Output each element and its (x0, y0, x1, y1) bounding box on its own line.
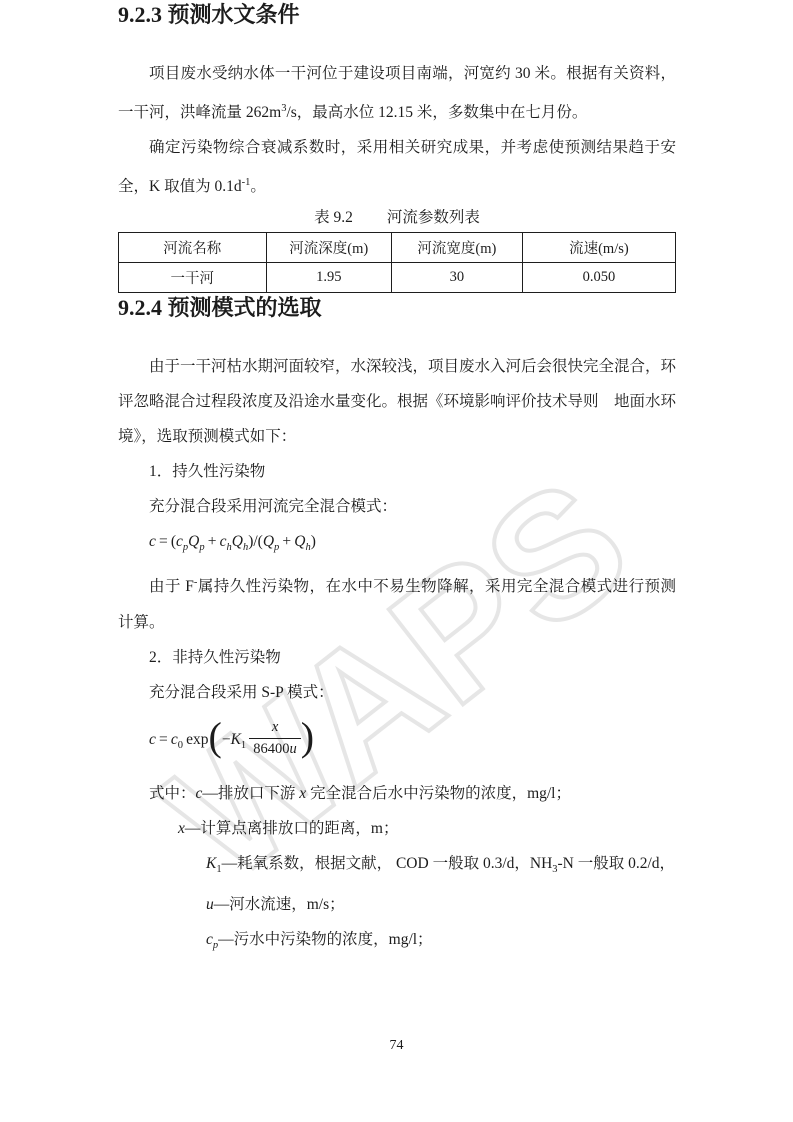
list-item-persistent-desc: 充分混合段采用河流完全混合模式： (118, 489, 676, 524)
table-cell: 一干河 (119, 263, 267, 293)
math-op: ) (311, 533, 316, 550)
math-var: u (206, 896, 214, 913)
definition-row-c: 式中：c—排放口下游 x 完全混合后水中污染物的浓度，mg/l； (118, 776, 676, 811)
definition-row-x: x—计算点离排放口的距离，m； (118, 811, 676, 846)
math-var: c (149, 731, 156, 748)
formula-complete-mix: c = (cpQp + chQh)/(Qp + Qh) (118, 524, 676, 565)
table-cell: 30 (391, 263, 522, 293)
definition-row-u: u—河水流速，m/s； (118, 887, 676, 922)
formula-sp-model: c = c0 exp(−K1 x86400u) (118, 712, 676, 774)
definition-row-cp: cp—污水中污染物的浓度，mg/l； (118, 922, 676, 963)
definition-dash: — (222, 855, 238, 872)
definition-text: 排放口下游 (218, 785, 299, 802)
math-var: x (178, 820, 185, 837)
definition-text: 河水流速，m/s； (229, 896, 344, 913)
paragraph-model-selection: 由于一干河枯水期河面较窄，水深较浅，项目废水入河后会很快完全混合，环评忽略混合过… (118, 349, 676, 454)
math-var: Q (294, 533, 305, 550)
table-header-cell: 河流宽度(m) (391, 233, 522, 263)
math-var: c (171, 731, 178, 748)
table-header-cell: 流速(m/s) (522, 233, 675, 263)
math-var: c (149, 533, 156, 550)
paragraph-text: 属持久性污染物，在水中不易生物降解，采用完全混合模式进行预测计算。 (118, 579, 676, 631)
definition-dash: — (218, 931, 234, 948)
table-row: 一干河 1.95 30 0.050 (119, 263, 676, 293)
math-var: Q (263, 533, 274, 550)
paragraph-decay-coefficient: 确定污染物综合衰减系数时，采用相关研究成果，并考虑使预测结果趋于安全，K 取值为… (118, 130, 676, 204)
math-var: K (206, 855, 216, 872)
math-var: Q (188, 533, 199, 550)
math-fraction: x86400u (249, 719, 301, 758)
math-paren: ( (209, 714, 222, 759)
math-var: u (290, 741, 297, 757)
paragraph-fluoride: 由于 F-属持久性污染物，在水中不易生物降解，采用完全混合模式进行预测计算。 (118, 565, 676, 639)
table-cell: 1.95 (266, 263, 391, 293)
paragraph-text: 。 (250, 178, 266, 195)
math-paren: ) (301, 714, 314, 759)
math-op: )/( (248, 533, 263, 550)
math-var: Q (232, 533, 243, 550)
math-op: + (208, 533, 217, 550)
fraction-denominator: 86400u (249, 739, 301, 758)
river-parameters-table: 河流名称 河流深度(m) 河流宽度(m) 流速(m/s) 一干河 1.95 30… (118, 232, 676, 293)
section-heading-923: 9.2.3 预测水文条件 (118, 0, 676, 30)
table-cell: 0.050 (522, 263, 675, 293)
section-heading-924: 9.2.4 预测模式的选取 (118, 293, 676, 323)
math-func: exp (186, 731, 208, 748)
math-const: 86400 (253, 741, 289, 757)
math-sub: p (274, 542, 279, 553)
paragraph-text: 由于 F (149, 579, 194, 596)
definition-dash: — (214, 896, 230, 913)
math-sub: p (199, 542, 204, 553)
math-op: = (159, 731, 168, 748)
math-var: c (176, 533, 183, 550)
paragraph-hydrology: 项目废水受纳水体一干河位于建设项目南端，河宽约 30 米。根据有关资料，一干河，… (118, 56, 676, 130)
math-var: K (231, 731, 241, 748)
table-header-cell: 河流名称 (119, 233, 267, 263)
definition-text: 污水中污染物的浓度，mg/l； (234, 931, 433, 948)
table-caption-title: 河流参数列表 (387, 209, 480, 226)
fraction-numerator: x (249, 719, 301, 739)
math-op: + (282, 533, 291, 550)
page-number: 74 (0, 1038, 793, 1054)
table-header-cell: 河流深度(m) (266, 233, 391, 263)
definition-text: -N 一般取 0.2/d， (558, 855, 676, 872)
list-item-nonpersistent: 2．非持久性污染物 (118, 640, 676, 675)
math-op: = (159, 533, 168, 550)
definition-dash: — (202, 785, 218, 802)
definition-prefix: 式中： (149, 785, 196, 802)
math-var: c (206, 931, 213, 948)
page-content: 9.2.3 预测水文条件 项目废水受纳水体一干河位于建设项目南端，河宽约 30 … (118, 0, 676, 963)
paragraph-text: 确定污染物综合衰减系数时，采用相关研究成果，并考虑使预测结果趋于安全，K 取值为… (118, 139, 676, 195)
document-page: WAPS 9.2.3 预测水文条件 项目废水受纳水体一干河位于建设项目南端，河宽… (0, 0, 793, 1122)
table-caption-label: 表 9.2 (314, 209, 353, 226)
table-caption: 表 9.2河流参数列表 (118, 206, 676, 230)
definition-row-k1: K1—耗氧系数，根据文献， COD 一般取 0.3/d，NH3-N 一般取 0.… (118, 846, 676, 887)
math-sub: 0 (178, 740, 183, 751)
list-item-persistent: 1．持久性污染物 (118, 454, 676, 489)
table-header-row: 河流名称 河流深度(m) 河流宽度(m) 流速(m/s) (119, 233, 676, 263)
paragraph-text: /s，最高水位 12.15 米，多数集中在七月份。 (286, 104, 587, 121)
list-item-nonpersistent-desc: 充分混合段采用 S-P 模式： (118, 675, 676, 710)
definition-text: 完全混合后水中污染物的浓度，mg/l； (306, 785, 571, 802)
math-op: − (222, 731, 231, 748)
math-sub: 1 (241, 740, 246, 751)
definition-text: 耗氧系数，根据文献， COD 一般取 0.3/d，NH (237, 855, 552, 872)
definition-dash: — (185, 820, 201, 837)
definition-text: 计算点离排放口的距离，m； (200, 820, 398, 837)
